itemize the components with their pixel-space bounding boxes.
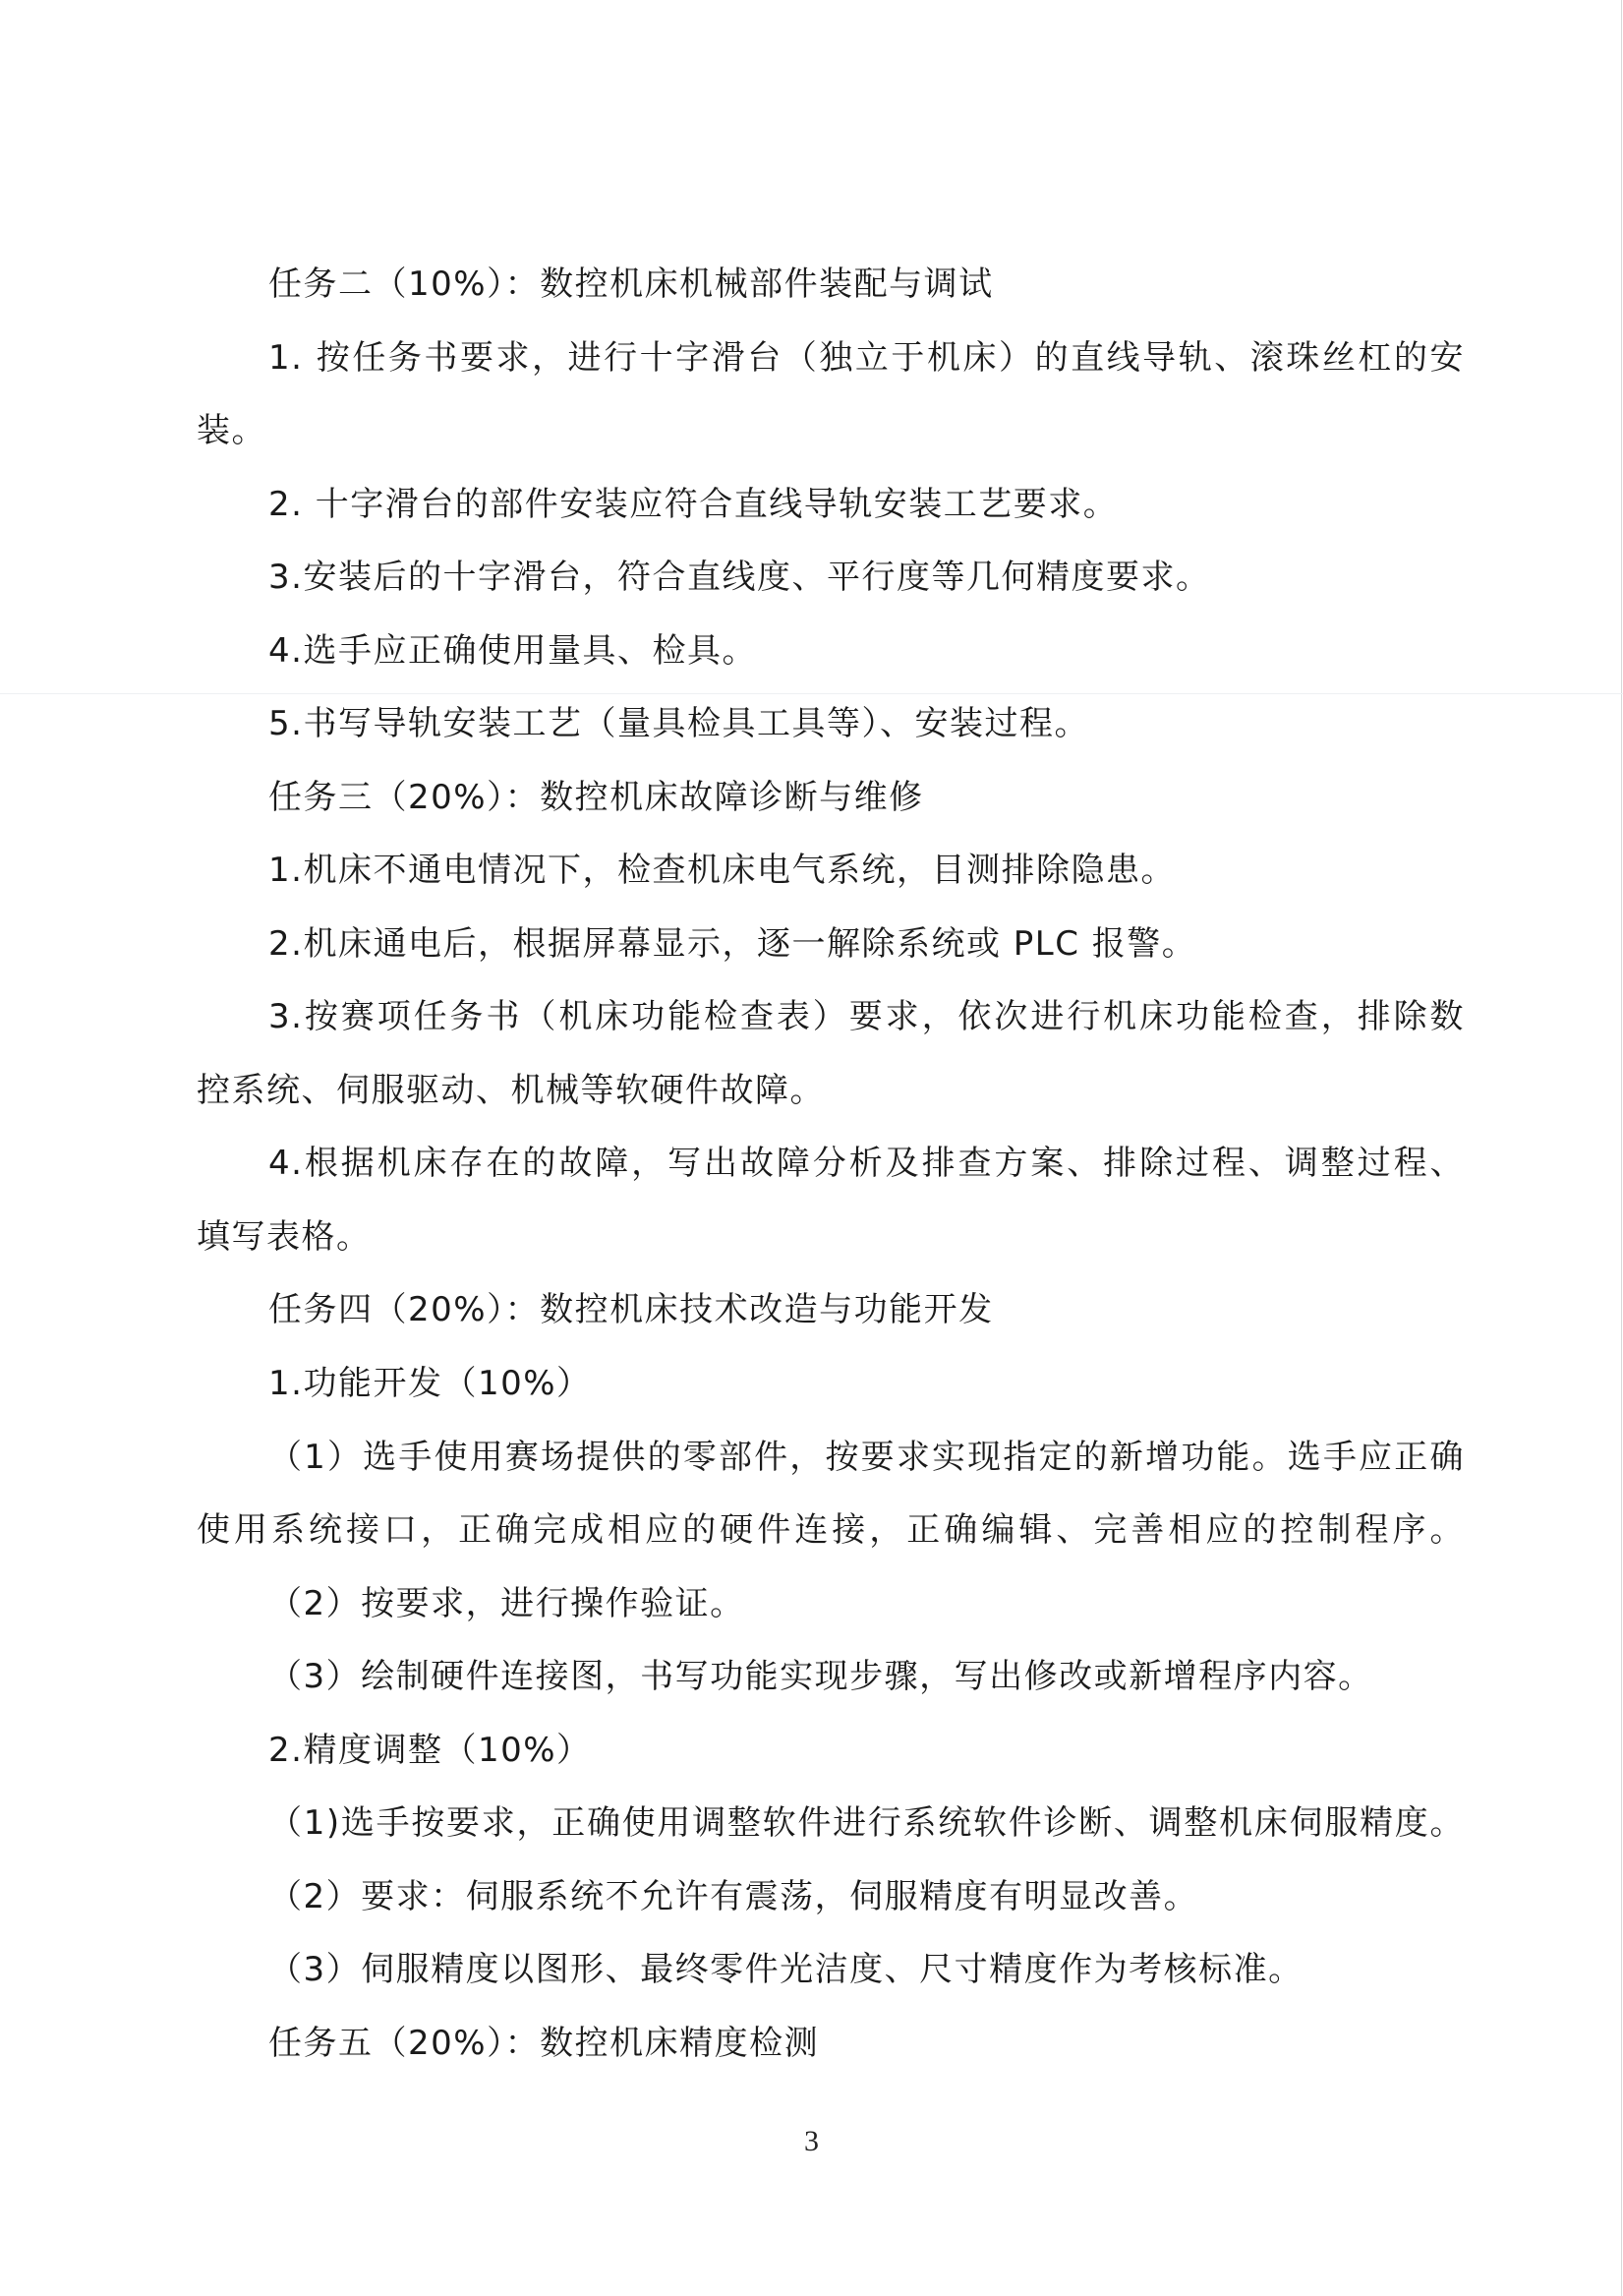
task4-section-1-heading: 1.功能开发（10%） [197, 1347, 1475, 1421]
task4-section-1-item-1-continuation: 使用系统接口，正确完成相应的硬件连接，正确编辑、完善相应的控制程序。 [197, 1494, 1465, 1567]
task2-item-1: 1. 按任务书要求，进行十字滑台（独立于机床）的直线导轨、滚珠丝杠的安 [197, 322, 1465, 395]
task4-section-1-item-2: （2）按要求，进行操作验证。 [197, 1567, 1475, 1641]
task3-item-3-continuation: 控系统、伺服驱动、机械等软硬件故障。 [197, 1054, 1475, 1128]
task2-item-2: 2. 十字滑台的部件安装应符合直线导轨安装工艺要求。 [197, 468, 1475, 542]
task4-section-1-item-3: （3）绘制硬件连接图，书写功能实现步骤，写出修改或新增程序内容。 [197, 1640, 1475, 1714]
task3-heading: 任务三（20%）：数控机床故障诊断与维修 [197, 761, 1475, 835]
task3-item-2: 2.机床通电后，根据屏幕显示，逐一解除系统或 PLC 报警。 [197, 908, 1475, 981]
task4-section-2-item-2: （2）要求：伺服系统不允许有震荡，伺服精度有明显改善。 [197, 1860, 1475, 1934]
task4-section-2-item-1: （1)选手按要求，正确使用调整软件进行系统软件诊断、调整机床伺服精度。 [197, 1787, 1465, 1860]
document-body: 任务二（10%）：数控机床机械部件装配与调试 1. 按任务书要求，进行十字滑台（… [197, 248, 1475, 2080]
task3-item-1: 1.机床不通电情况下，检查机床电气系统，目测排除隐患。 [197, 834, 1475, 908]
task3-item-4-continuation: 填写表格。 [197, 1201, 1475, 1274]
task4-heading: 任务四（20%）：数控机床技术改造与功能开发 [197, 1273, 1475, 1347]
task4-section-1-item-1: （1）选手使用赛场提供的零部件，按要求实现指定的新增功能。选手应正确 [197, 1421, 1465, 1495]
scan-page-edge [1621, 0, 1622, 2296]
task2-item-1-continuation: 装。 [197, 394, 1475, 468]
task4-section-2-heading: 2.精度调整（10%） [197, 1714, 1475, 1788]
task5-heading: 任务五（20%）：数控机床精度检测 [197, 2007, 1475, 2081]
task2-heading: 任务二（10%）：数控机床机械部件装配与调试 [197, 248, 1475, 322]
task3-item-3: 3.按赛项任务书（机床功能检查表）要求，依次进行机床功能检查，排除数 [197, 980, 1465, 1054]
task4-section-2-item-3: （3）伺服精度以图形、最终零件光洁度、尺寸精度作为考核标准。 [197, 1933, 1475, 2007]
task2-item-4: 4.选手应正确使用量具、检具。 [197, 615, 1475, 688]
task2-item-3: 3.安装后的十字滑台，符合直线度、平行度等几何精度要求。 [197, 541, 1475, 615]
task3-item-4: 4.根据机床存在的故障，写出故障分析及排查方案、排除过程、调整过程、 [197, 1127, 1465, 1201]
task2-item-5: 5.书写导轨安装工艺（量具检具工具等）、安装过程。 [197, 687, 1475, 761]
page-number: 3 [0, 2122, 1623, 2161]
